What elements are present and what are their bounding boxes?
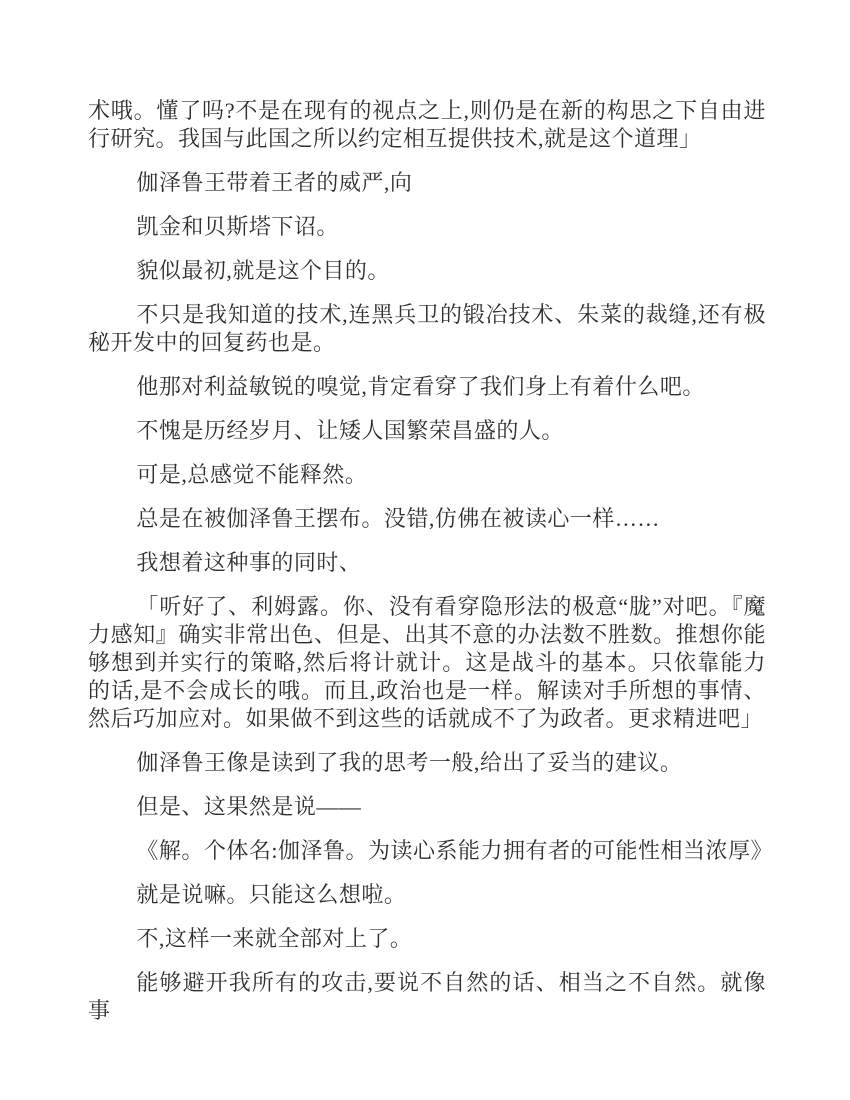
paragraph: 伽泽鲁王带着王者的威严,向: [88, 169, 766, 197]
paragraph: 总是在被伽泽鲁王摆布。没错,仿佛在被读心一样……: [88, 505, 766, 533]
paragraph: 但是、这果然是说——: [88, 793, 766, 821]
paragraph: 凯金和贝斯塔下诏。: [88, 213, 766, 241]
paragraph: 不只是我知道的技术,连黑兵卫的锻冶技术、朱菜的裁缝,还有极秘开发中的回复药也是。: [88, 301, 766, 357]
paragraph: 不,这样一来就全部对上了。: [88, 925, 766, 953]
paragraph: 就是说嘛。只能这么想啦。: [88, 881, 766, 909]
paragraph: 可是,总感觉不能释然。: [88, 461, 766, 489]
paragraph: 我想着这种事的同时、: [88, 549, 766, 577]
paragraph: 能够避开我所有的攻击,要说不自然的话、相当之不自然。就像事: [88, 969, 766, 1025]
paragraph: 术哦。懂了吗?不是在现有的视点之上,则仍是在新的构思之下自由进行研究。我国与此国…: [88, 97, 766, 153]
paragraph: 不愧是历经岁月、让矮人国繁荣昌盛的人。: [88, 417, 766, 445]
paragraph: 「听好了、利姆露。你、没有看穿隐形法的极意“胧”对吧。『魔力感知』确实非常出色、…: [88, 593, 766, 733]
paragraph: 伽泽鲁王像是读到了我的思考一般,给出了妥当的建议。: [88, 749, 766, 777]
document-page: 术哦。懂了吗?不是在现有的视点之上,则仍是在新的构思之下自由进行研究。我国与此国…: [0, 0, 850, 1100]
paragraph: 他那对利益敏锐的嗅觉,肯定看穿了我们身上有着什么吧。: [88, 373, 766, 401]
paragraph: 《解。个体名:伽泽鲁。为读心系能力拥有者的可能性相当浓厚》: [88, 837, 766, 865]
paragraph: 貌似最初,就是这个目的。: [88, 257, 766, 285]
